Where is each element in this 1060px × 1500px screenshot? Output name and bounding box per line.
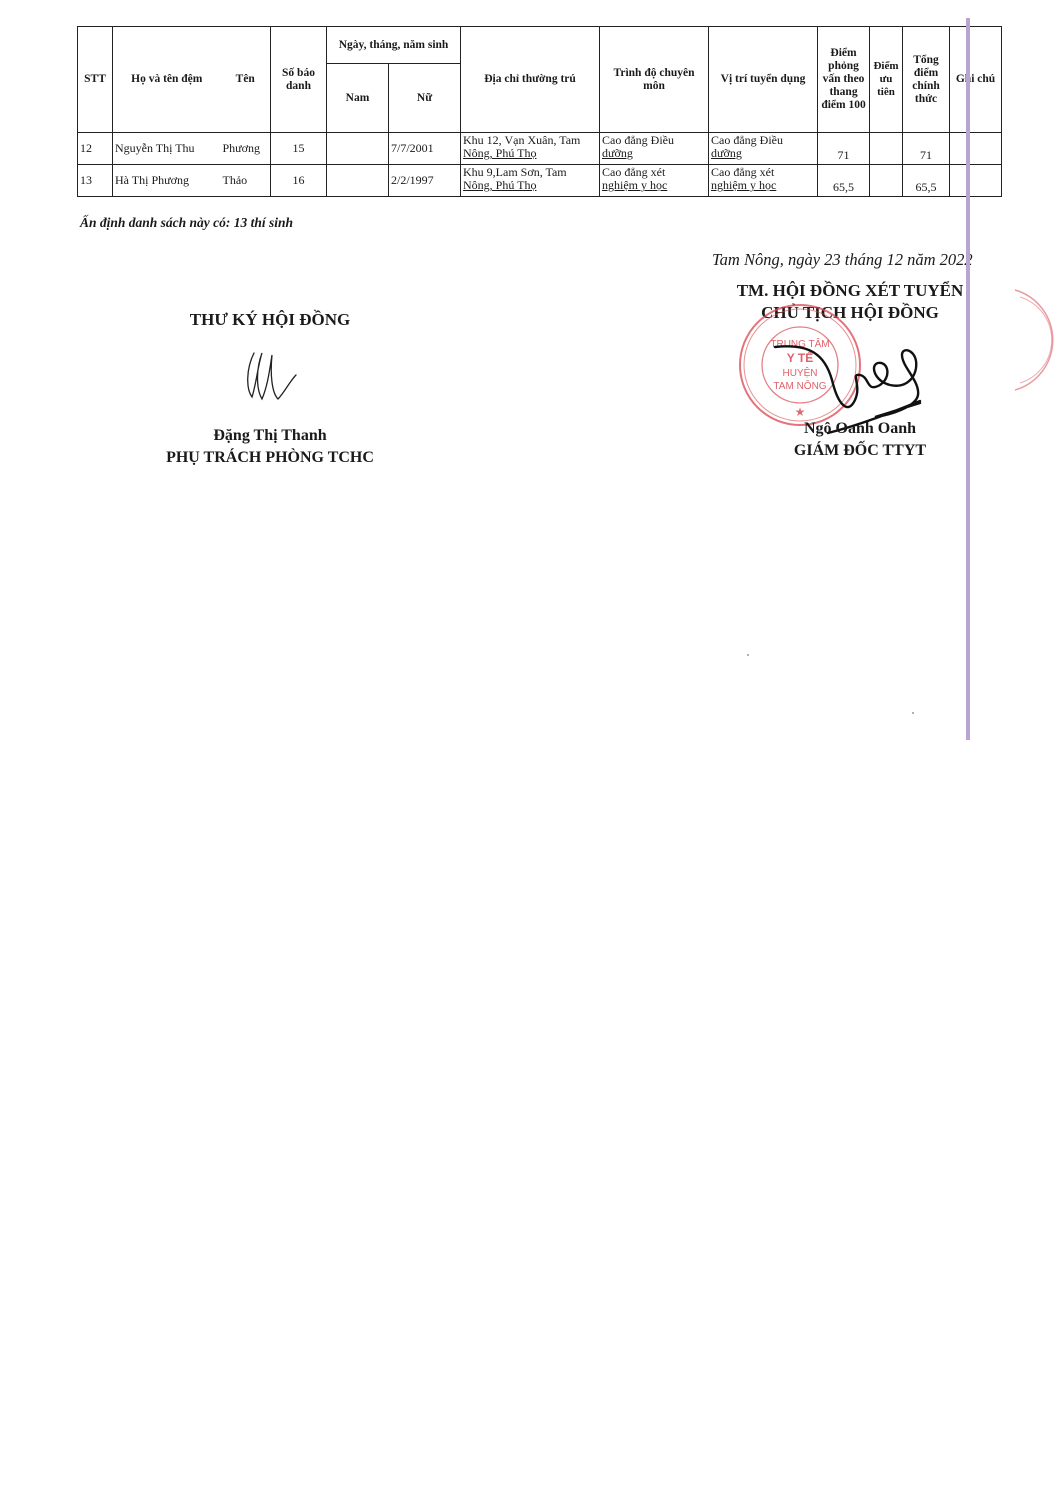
vi-tri-line-2: nghiệm y học [711,179,815,192]
cell-ghi-chu [950,165,1002,197]
cell-diem-uu-tien [870,165,903,197]
cell-stt: 12 [78,133,113,165]
chair-name: Ngô Oanh Oanh [730,418,990,440]
header-ghi-chu: Ghi chú [950,27,1002,133]
cell-nu: 2/2/1997 [389,165,461,197]
cell-diem-uu-tien [870,133,903,165]
cell-ten: Thảo [221,165,271,197]
secretary-signature-icon [240,345,300,405]
header-ngay-sinh: Ngày, tháng, năm sinh [327,27,461,64]
cell-ho-ten-dem: Hà Thị Phương [113,165,221,197]
header-dia-chi: Địa chỉ thường trú [461,27,600,133]
cell-stt: 13 [78,165,113,197]
secretary-signer: Đặng Thị Thanh PHỤ TRÁCH PHÒNG TCHC [120,425,420,469]
partial-stamp-icon [1000,285,1060,395]
document-page: STT Họ và tên đệm Tên Số báo danh Ngày, … [0,0,1060,1500]
dia-chi-line-2: Nông, Phú Thọ [463,147,597,160]
cell-so-bao-danh: 15 [271,133,327,165]
cell-ten: Phương [221,133,271,165]
header-stt: STT [78,27,113,133]
cell-vi-tri: Cao đẳng Điềudưỡng [709,133,818,165]
header-nu: Nữ [389,64,461,133]
cell-ghi-chu [950,133,1002,165]
header-ten: Tên [221,27,271,133]
header-diem-uu-tien: Điểm ưu tiên [870,27,903,133]
table-row: 13 Hà Thị Phương Thảo 16 2/2/1997 Khu 9,… [78,165,1002,197]
scan-artifact-line [966,18,970,740]
secretary-heading: THƯ KÝ HỘI ĐỒNG [140,310,400,330]
header-nam: Nam [327,64,389,133]
header-vi-tri: Vị trí tuyển dụng [709,27,818,133]
cell-trinh-do: Cao đẳng xétnghiệm y học [600,165,709,197]
scan-dot [912,712,914,714]
trinh-do-line-2: nghiệm y học [602,179,706,192]
secretary-name: Đặng Thị Thanh [120,425,420,447]
cell-ho-ten-dem: Nguyễn Thị Thu [113,133,221,165]
council-line-1: TM. HỘI ĐỒNG XÉT TUYỂN [715,280,985,302]
cell-trinh-do: Cao đẳng Điềudưỡng [600,133,709,165]
cell-vi-tri: Cao đẳng xétnghiệm y học [709,165,818,197]
cell-nam [327,133,389,165]
trinh-do-line-2: dưỡng [602,147,706,160]
cell-nam [327,165,389,197]
cell-so-bao-danh: 16 [271,165,327,197]
cell-tong-diem: 71 [903,133,950,165]
cell-dia-chi: Khu 12, Vạn Xuân, TamNông, Phú Thọ [461,133,600,165]
scan-dot [747,654,749,656]
header-tong-diem: Tổng điểm chính thức [903,27,950,133]
table-row: 12 Nguyễn Thị Thu Phương 15 7/7/2001 Khu… [78,133,1002,165]
cell-dia-chi: Khu 9,Lam Sơn, TamNông, Phú Thọ [461,165,600,197]
cell-diem-phong-van: 71 [818,133,870,165]
cell-tong-diem: 65,5 [903,165,950,197]
chair-signer: Ngô Oanh Oanh GIÁM ĐỐC TTYT [730,418,990,462]
header-so-bao-danh: Số báo danh [271,27,327,133]
candidate-results-table: STT Họ và tên đệm Tên Số báo danh Ngày, … [77,26,1002,197]
chair-title: GIÁM ĐỐC TTYT [730,440,990,462]
candidate-count-note: Ấn định danh sách này có: 13 thí sinh [80,215,293,231]
secretary-title: PHỤ TRÁCH PHÒNG TCHC [120,447,420,469]
header-ho-ten-dem: Họ và tên đệm [113,27,221,133]
cell-diem-phong-van: 65,5 [818,165,870,197]
header-trinh-do: Trình độ chuyên môn [600,27,709,133]
header-diem-phong-van: Điểm phỏng vấn theo thang điểm 100 [818,27,870,133]
dia-chi-line-2: Nông, Phú Thọ [463,179,597,192]
vi-tri-line-2: dưỡng [711,147,815,160]
place-date: Tam Nông, ngày 23 tháng 12 năm 2022 [712,250,973,270]
cell-nu: 7/7/2001 [389,133,461,165]
